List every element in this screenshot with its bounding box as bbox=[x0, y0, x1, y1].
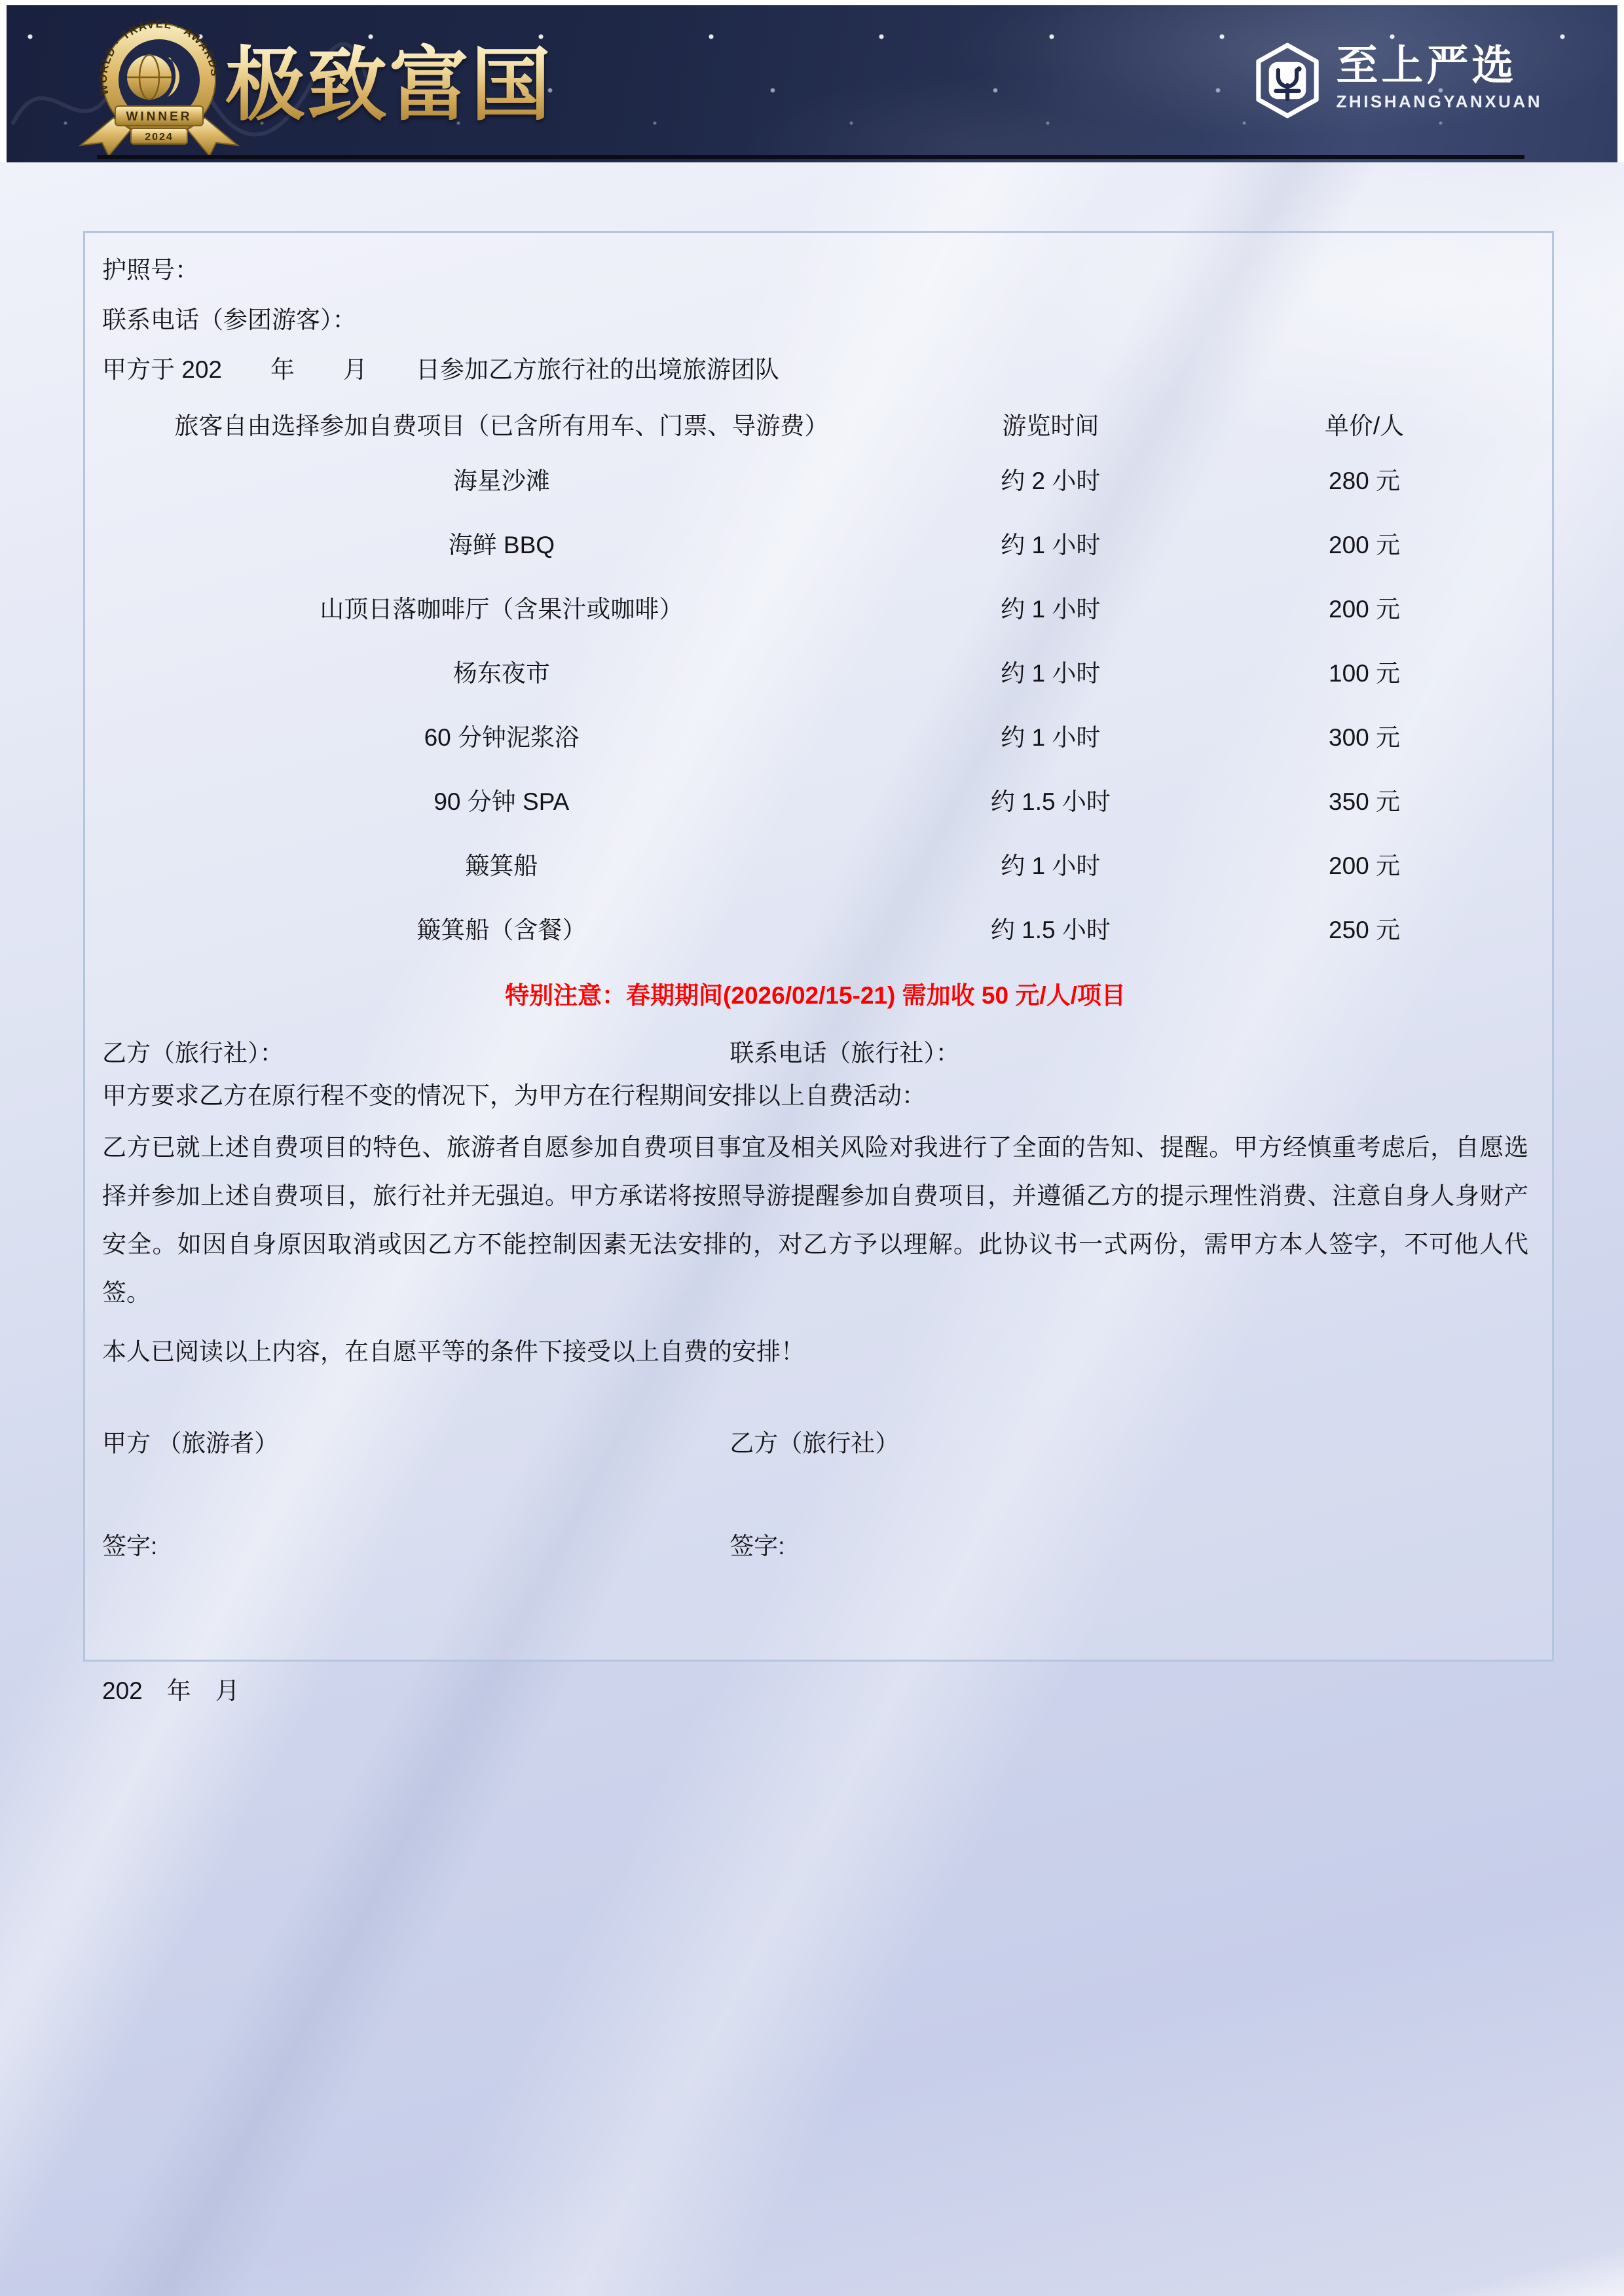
agency-contact-label: 联系电话（旅行社）： bbox=[729, 1038, 1528, 1068]
winner-banner-text: WINNER bbox=[126, 110, 192, 124]
hexagon-logo-icon bbox=[1253, 42, 1322, 119]
terms-paragraph: 乙方已就上述自费项目的特色、旅游者自愿参加自费项目事宜及相关风险对我进行了全面的… bbox=[102, 1123, 1528, 1317]
declaration-line: 本人已阅读以上内容，在自愿平等的条件下接受以上自费的安排！ bbox=[102, 1337, 1528, 1367]
table-row: 60 分钟泥浆浴 约 1 小时 300 元 bbox=[102, 703, 1528, 767]
optional-fee-table: 旅客自由选择参加自费项目（已含所有用车、门票、导游费） 游览时间 单价/人 海星… bbox=[102, 401, 1528, 960]
table-row: 海鲜 BBQ 约 1 小时 200 元 bbox=[102, 511, 1528, 575]
item-name: 簸箕船 bbox=[102, 846, 901, 881]
signature-field-party-b: 签字: bbox=[729, 1531, 1528, 1561]
item-time: 约 1 小时 bbox=[901, 653, 1200, 689]
item-name: 90 分钟 SPA bbox=[102, 782, 901, 817]
item-price: 200 元 bbox=[1200, 589, 1528, 625]
item-time: 约 2 小时 bbox=[901, 461, 1200, 496]
item-time: 约 1 小时 bbox=[901, 589, 1200, 625]
party-a-sign-label: 甲方 （旅游者） bbox=[102, 1429, 729, 1459]
fee-table-header-row: 旅客自由选择参加自费项目（已含所有用车、门票、导游费） 游览时间 单价/人 bbox=[102, 401, 1528, 446]
item-time: 约 1 小时 bbox=[901, 718, 1200, 753]
agreement-document-box: 护照号： 联系电话（参团游客）： 甲方于 202 年 月 日参加乙方旅行社的出境… bbox=[83, 231, 1554, 1662]
header-divider-rule bbox=[97, 155, 1524, 159]
item-name: 海鲜 BBQ bbox=[102, 525, 901, 560]
item-price: 200 元 bbox=[1200, 846, 1528, 881]
logo-name: 至上严选 bbox=[1337, 42, 1517, 89]
header-item-column: 旅客自由选择参加自费项目（已含所有用车、门票、导游费） bbox=[102, 406, 901, 441]
join-date-line: 甲方于 202 年 月 日参加乙方旅行社的出境旅游团队 bbox=[102, 355, 1528, 385]
passport-label: 护照号： bbox=[102, 255, 1528, 285]
table-row: 杨东夜市 约 1 小时 100 元 bbox=[102, 639, 1528, 703]
table-row: 90 分钟 SPA 约 1.5 小时 350 元 bbox=[102, 767, 1528, 831]
tourist-contact-label: 联系电话（参团游客）： bbox=[102, 305, 1528, 335]
item-time: 约 1.5 小时 bbox=[901, 910, 1200, 945]
header-time-column: 游览时间 bbox=[901, 406, 1200, 441]
item-price: 250 元 bbox=[1200, 910, 1528, 945]
signature-field-party-a: 签字: bbox=[102, 1531, 729, 1561]
item-time: 约 1 小时 bbox=[901, 525, 1200, 560]
item-name: 杨东夜市 bbox=[102, 653, 901, 689]
table-row: 海星沙滩 约 2 小时 280 元 bbox=[102, 446, 1528, 511]
signature-date-line: 202 年 月 bbox=[102, 1676, 1528, 1706]
item-name: 簸箕船（含餐） bbox=[102, 910, 901, 945]
item-price: 300 元 bbox=[1200, 718, 1528, 753]
party-b-label: 乙方（旅行社）： bbox=[102, 1038, 729, 1068]
item-price: 200 元 bbox=[1200, 525, 1528, 560]
table-row: 山顶日落咖啡厅（含果汁或咖啡） 约 1 小时 200 元 bbox=[102, 575, 1528, 639]
party-b-row: 乙方（旅行社）： 联系电话（旅行社）： bbox=[102, 1038, 1528, 1068]
brand-title: 极致富国 bbox=[225, 33, 553, 137]
award-year-text: 2024 bbox=[145, 132, 174, 143]
request-line: 甲方要求乙方在原行程不变的情况下，为甲方在行程期间安排以上自费活动： bbox=[102, 1081, 1528, 1111]
logo-subtitle: ZHISHANGYANXUAN bbox=[1337, 92, 1542, 112]
item-price: 350 元 bbox=[1200, 782, 1528, 817]
item-name: 海星沙滩 bbox=[102, 461, 901, 496]
party-b-sign-label: 乙方（旅行社） bbox=[729, 1429, 1528, 1459]
item-price: 280 元 bbox=[1200, 461, 1528, 496]
item-time: 约 1.5 小时 bbox=[901, 782, 1200, 817]
brand-logo: 至上严选 ZHISHANGYANXUAN bbox=[1253, 42, 1542, 119]
special-notice: 特别注意：春期期间(2026/02/15-21) 需加收 50 元/人/项目 bbox=[102, 981, 1528, 1011]
table-row: 簸箕船（含餐） 约 1.5 小时 250 元 bbox=[102, 896, 1528, 960]
item-name: 山顶日落咖啡厅（含果汁或咖啡） bbox=[102, 589, 901, 625]
item-price: 100 元 bbox=[1200, 653, 1528, 689]
signature-parties-row: 甲方 （旅游者） 乙方（旅行社） bbox=[102, 1429, 1528, 1459]
header-banner: WORLD · TRAVEL · AWARDS WINNER 2024 极致富国… bbox=[7, 5, 1617, 162]
item-name: 60 分钟泥浆浴 bbox=[102, 718, 901, 753]
header-price-column: 单价/人 bbox=[1200, 406, 1528, 441]
item-time: 约 1 小时 bbox=[901, 846, 1200, 881]
page: WORLD · TRAVEL · AWARDS WINNER 2024 极致富国… bbox=[0, 0, 1624, 2296]
signature-fields-row: 签字: 签字: bbox=[102, 1531, 1528, 1561]
table-row: 簸箕船 约 1 小时 200 元 bbox=[102, 831, 1528, 896]
